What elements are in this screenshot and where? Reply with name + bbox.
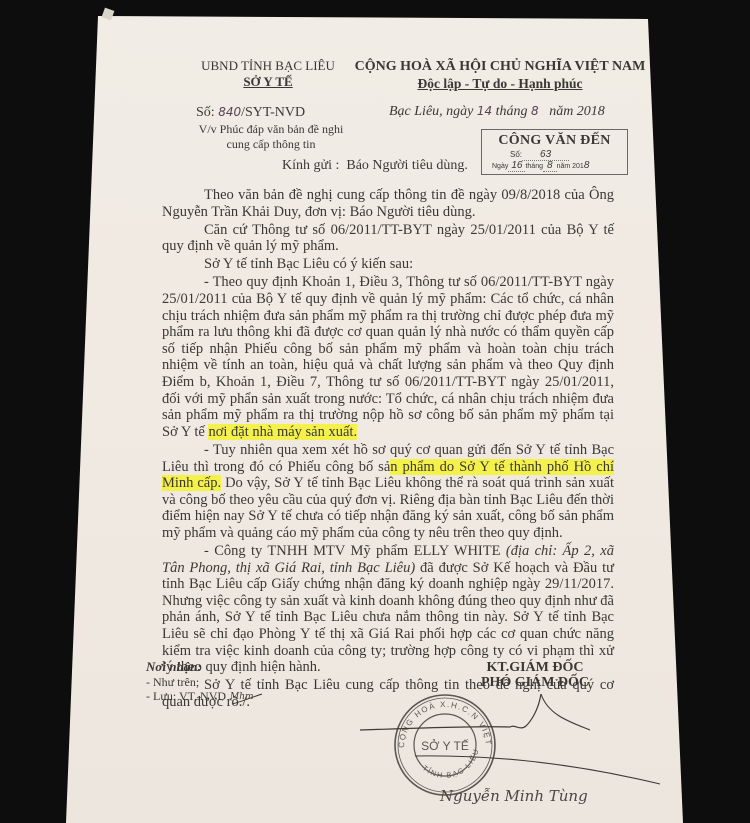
svg-text:Mhm: Mhm	[229, 692, 254, 702]
signer-name: Nguyễn Minh Tùng	[440, 787, 588, 805]
handwritten-signature-icon: Mhm	[0, 0, 750, 823]
